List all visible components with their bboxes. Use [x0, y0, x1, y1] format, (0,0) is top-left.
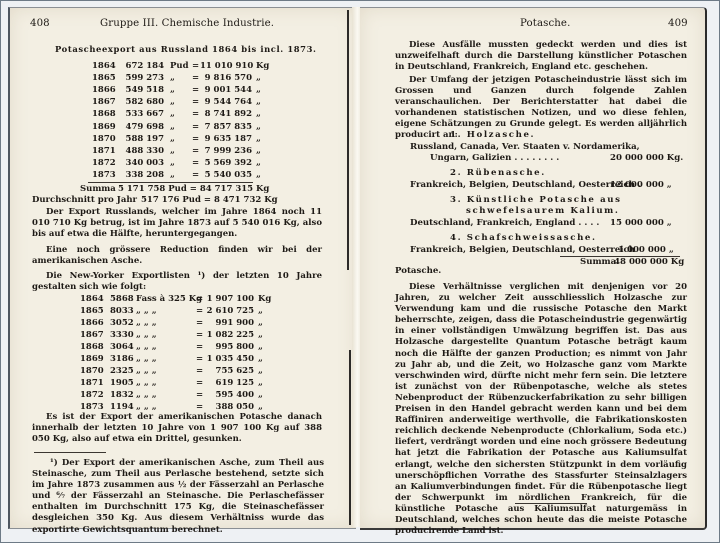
table1-unit: „: [170, 73, 175, 84]
table2-fass: 3052: [110, 318, 134, 329]
table1-pud: 479 698: [118, 122, 164, 133]
table1-avg-value: 517 176 Pud = 8 471 732 Kg: [141, 195, 278, 206]
footnote: ¹) Der Export der amerikanischen Asche, …: [32, 458, 324, 536]
table2-kg-unit: „: [258, 318, 263, 329]
paragraph: Eine noch grössere Reduction finden wir …: [32, 245, 322, 267]
table1-equals: =: [192, 122, 199, 133]
source-countries: Deutschland, Frankreich, England . . . .: [410, 218, 599, 229]
table1-pud: 599 273: [118, 73, 164, 84]
page-crease: [349, 350, 351, 525]
footnote-rule: [34, 452, 106, 453]
table2-year: 1869: [80, 354, 104, 365]
left-page: [8, 7, 356, 529]
table2-equals: =: [196, 318, 203, 329]
table2-desc: „ „ „: [136, 306, 157, 317]
table1-year: 1869: [92, 122, 116, 133]
table2-desc: „ „ „: [136, 378, 157, 389]
table1-unit: „: [170, 146, 175, 157]
table2-fass: 3330: [110, 330, 134, 341]
table2-desc: „ „ „: [136, 318, 157, 329]
table2-year: 1865: [80, 306, 104, 317]
sum-rule: [88, 182, 253, 183]
table2-year: 1864: [80, 294, 104, 305]
table1-unit: „: [170, 134, 175, 145]
table2-kg: 1 082 225: [206, 330, 254, 341]
table2-fass: 1905: [110, 378, 134, 389]
table1-unit: „: [170, 97, 175, 108]
table1-unit: „: [170, 85, 175, 96]
table1-year: 1871: [92, 146, 116, 157]
table2-desc: Fass à 325 Kg: [136, 294, 202, 305]
source-amount: 15 000 000 „: [610, 218, 672, 229]
table1-year: 1868: [92, 109, 116, 120]
table1-kg-unit: „: [256, 170, 261, 181]
source-countries: Frankreich, Belgien, Deutschland, Oester…: [410, 180, 641, 191]
table1-sum-label: Summa: [80, 184, 116, 195]
running-head-left: Gruppe III. Chemische Industrie.: [100, 18, 274, 29]
table2-fass: 3064: [110, 342, 134, 353]
table1-kg: 5 569 392: [200, 158, 252, 169]
production-sum-tail: Potasche.: [395, 266, 441, 277]
paragraph: Es ist der Export der amerikanischen Pot…: [32, 412, 322, 445]
production-sum-value: 48 000 000 Kg: [614, 257, 684, 268]
table2-kg-unit: „: [258, 378, 263, 389]
table2-desc: „ „ „: [136, 330, 157, 341]
production-sum-label: Summa: [580, 257, 616, 268]
table1-year: 1870: [92, 134, 116, 145]
table2-year: 1871: [80, 378, 104, 389]
table2-fass: 8033: [110, 306, 134, 317]
table2-equals: =: [196, 306, 203, 317]
table2-fass: 5868: [110, 294, 134, 305]
table1-kg: 7 999 236: [200, 146, 252, 157]
table1-unit: „: [170, 158, 175, 169]
table1-pud: 340 003: [118, 158, 164, 169]
source-amount: 20 000 000 Kg.: [610, 153, 683, 164]
table1-equals: =: [192, 97, 199, 108]
table1-pud: 488 330: [118, 146, 164, 157]
table2-equals: =: [196, 330, 203, 341]
table2-kg-unit: „: [258, 390, 263, 401]
table2-kg: 1 035 450: [206, 354, 254, 365]
table2-kg: 1 907 100: [206, 294, 254, 305]
source-heading: 2. Rübenasche.: [450, 168, 546, 179]
end-rule: [515, 503, 587, 504]
table1-unit: „: [170, 122, 175, 133]
source-heading-cont: schwefelsaurem Kalium.: [466, 206, 619, 217]
table2-desc: „ „ „: [136, 390, 157, 401]
table1-kg: 7 857 835: [200, 122, 252, 133]
table2-kg: 2 610 725: [206, 306, 254, 317]
table1-kg: 5 540 035: [200, 170, 252, 181]
table2-kg-unit: Kg: [258, 294, 271, 305]
table1-kg-unit: „: [256, 158, 261, 169]
table2-fass: 2325: [110, 366, 134, 377]
table1-kg: 11 010 910: [200, 61, 252, 72]
table1-pud: 672 184: [118, 61, 164, 72]
table1-year: 1873: [92, 170, 116, 181]
paragraph: Die New-Yorker Exportlisten ¹) der letzt…: [32, 271, 322, 293]
paragraph: Der Umfang der jetzigen Potascheindustri…: [395, 75, 687, 142]
table2-kg: 991 900: [206, 318, 254, 329]
table2-year: 1867: [80, 330, 104, 341]
table1-kg-unit: „: [256, 109, 261, 120]
table1-kg: 9 635 187: [200, 134, 252, 145]
table1-equals: =: [192, 170, 199, 181]
table1-unit: „: [170, 170, 175, 181]
table2-desc: „ „ „: [136, 366, 157, 377]
table1-kg-unit: „: [256, 122, 261, 133]
table1-year: 1872: [92, 158, 116, 169]
page-crease: [347, 10, 349, 270]
table1-unit: Pud: [170, 61, 189, 72]
table2-fass: 3186: [110, 354, 134, 365]
table1-unit: „: [170, 109, 175, 120]
table1-kg: 8 741 892: [200, 109, 252, 120]
table1-kg-unit: „: [256, 97, 261, 108]
table1-kg-unit: Kg: [256, 61, 269, 72]
source-amount: 12 000 000 „: [610, 180, 672, 191]
table1-kg-unit: „: [256, 73, 261, 84]
table1-sum-value: 5 171 758 Pud = 84 717 315 Kg: [118, 184, 269, 195]
table1-kg-unit: „: [256, 134, 261, 145]
table1-kg: 9 544 764: [200, 97, 252, 108]
table1-kg-unit: „: [256, 146, 261, 157]
table2-year: 1870: [80, 366, 104, 377]
table2-kg-unit: „: [258, 354, 263, 365]
table1-year: 1867: [92, 97, 116, 108]
table2-desc: „ „ „: [136, 354, 157, 365]
table1-pud: 338 208: [118, 170, 164, 181]
table2-kg: 619 125: [206, 378, 254, 389]
table2-fass: 1832: [110, 390, 134, 401]
table2-kg: 755 625: [206, 366, 254, 377]
table2-equals: =: [196, 366, 203, 377]
table1-equals: =: [192, 134, 199, 145]
paragraph: Der Export Russlands, welcher im Jahre 1…: [32, 207, 322, 240]
table1-kg: 9 001 544: [200, 85, 252, 96]
page-number-left: 408: [30, 18, 50, 29]
table1-equals: =: [192, 158, 199, 169]
table1-pud: 549 518: [118, 85, 164, 96]
table1-equals: =: [192, 109, 199, 120]
table2-kg-unit: „: [258, 330, 263, 341]
table1-equals: =: [192, 85, 199, 96]
table1-pud: 582 680: [118, 97, 164, 108]
source-countries: Frankreich, Belgien, Deutschland, Oester…: [410, 245, 635, 256]
table2-desc: „ „ „: [136, 342, 157, 353]
table2-kg-unit: „: [258, 342, 263, 353]
table2-year: 1872: [80, 390, 104, 401]
table2-kg: 995 800: [206, 342, 254, 353]
source-heading: 1. Holzasche.: [450, 130, 535, 141]
source-countries: Ungarn, Galizien . . . . . . . .: [430, 153, 559, 164]
table1-kg: 9 816 570: [200, 73, 252, 84]
table2-kg-unit: „: [258, 366, 263, 377]
table2-equals: =: [196, 378, 203, 389]
running-head-right: Potasche.: [520, 18, 570, 29]
table2-equals: =: [196, 342, 203, 353]
table1-equals: =: [192, 61, 199, 72]
table1-year: 1866: [92, 85, 116, 96]
table1-equals: =: [192, 146, 199, 157]
table1-avg-label: Durchschnitt pro Jahr: [32, 195, 137, 206]
table1-year: 1864: [92, 61, 116, 72]
table1-equals: =: [192, 73, 199, 84]
table2-kg-unit: „: [258, 306, 263, 317]
table2-year: 1866: [80, 318, 104, 329]
table2-year: 1868: [80, 342, 104, 353]
table2-kg: 595 400: [206, 390, 254, 401]
source-heading: 4. Schafschweissasche.: [450, 233, 597, 244]
table2-equals: =: [196, 390, 203, 401]
table2-equals: =: [196, 294, 203, 305]
table2-equals: =: [196, 354, 203, 365]
table1-pud: 533 667: [118, 109, 164, 120]
source-amount: 1 000 000 „: [618, 245, 674, 256]
source-countries: Russland, Canada, Ver. Staaten v. Nordam…: [410, 142, 640, 153]
paragraph: Diese Ausfälle mussten gedeckt werden un…: [395, 40, 687, 73]
table1-title: Potascheexport aus Russland 1864 bis inc…: [55, 44, 317, 55]
table1-year: 1865: [92, 73, 116, 84]
table1-kg-unit: „: [256, 85, 261, 96]
page-number-right: 409: [668, 18, 688, 29]
table1-pud: 588 197: [118, 134, 164, 145]
source-heading: 3. Künstliche Potasche aus: [450, 195, 622, 206]
paragraph: Diese Verhältnisse verglichen mit denjen…: [395, 282, 687, 537]
